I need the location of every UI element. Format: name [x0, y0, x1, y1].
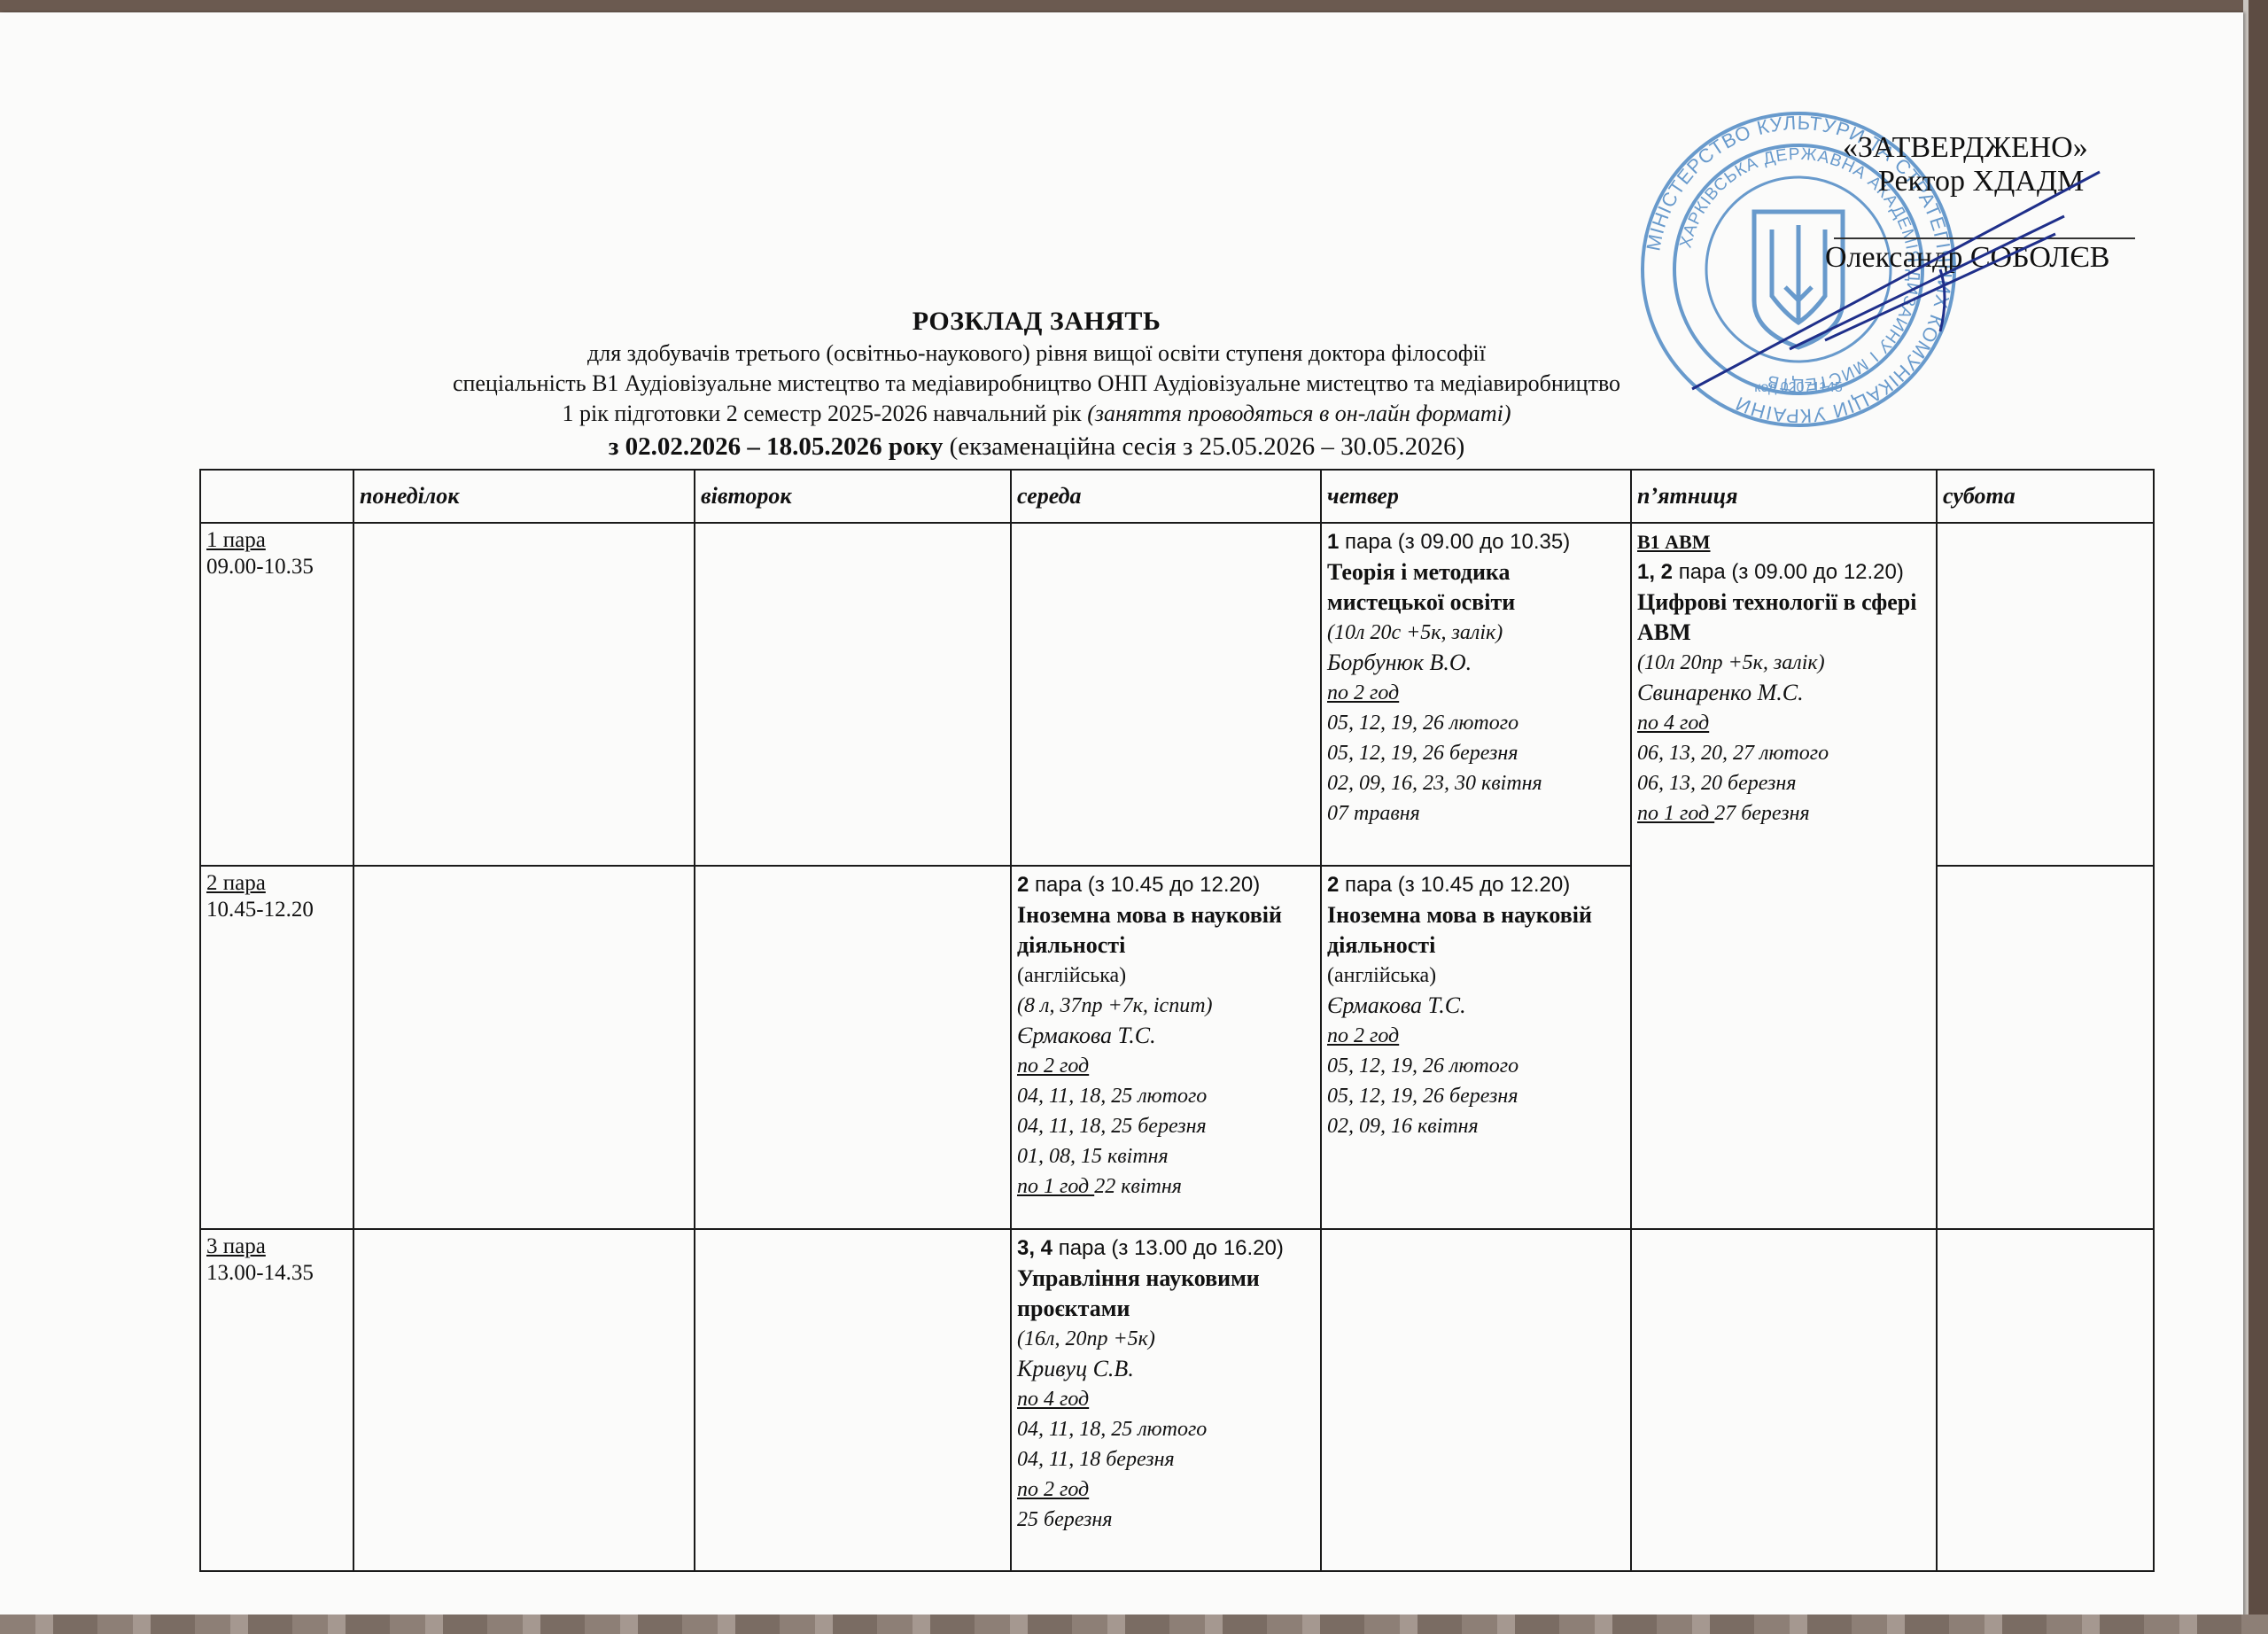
pair-number: 2 [1017, 873, 1029, 897]
heading-specialty: спеціальність В1 Аудіовізуальне мистецтв… [337, 369, 1736, 399]
hours-per-session: по 1 год [1017, 1175, 1094, 1198]
schedule-cell-empty [1937, 866, 2154, 1229]
heading-year-semester: 1 рік підготовки 2 семестр 2025-2026 нав… [337, 399, 1736, 429]
pair-time: 1, 2 пара (з 09.00 до 12.20) [1637, 557, 1930, 587]
day-header: середа [1011, 470, 1321, 523]
day-header: субота [1937, 470, 2154, 523]
hours-per-session: по 2 год [1017, 1474, 1315, 1505]
subject-name: Цифрові технології в сфері АВМ [1637, 587, 1930, 648]
pair-number: 1 [1327, 530, 1339, 554]
date-line: 02, 09, 16 квітня [1327, 1111, 1625, 1141]
date-line: 02, 09, 16, 23, 30 квітня [1327, 768, 1625, 798]
date-line: по 1 год 22 квітня [1017, 1171, 1315, 1202]
class-entry: 3, 4 пара (з 13.00 до 16.20)Управління н… [1011, 1229, 1321, 1571]
table-row: 1 пара 09.00-10.35 1 пара (з 09.00 до 10… [200, 523, 2154, 866]
heading-date-range: з 02.02.2026 – 18.05.2026 року (екзамена… [337, 429, 1736, 464]
pair-time: 3, 4 пара (з 13.00 до 16.20) [1017, 1233, 1315, 1264]
schedule-cell-empty [1937, 523, 2154, 866]
class-entry: 2 пара (з 10.45 до 12.20)Іноземна мова в… [1321, 866, 1631, 1229]
hours-per-session: по 2 год [1017, 1051, 1315, 1081]
schedule-cell-empty [695, 1229, 1011, 1571]
teacher-name: Кривуц С.В. [1017, 1354, 1315, 1384]
subject-name: Іноземна мова в науковій діяльності [1017, 900, 1315, 961]
date-line: по 1 год 27 березня [1637, 798, 1930, 829]
background-surface [2243, 0, 2268, 1634]
language-note: (англійська) [1017, 961, 1315, 991]
signature [1683, 136, 2109, 402]
slot-label: 2 пара 10.45-12.20 [200, 866, 353, 1229]
heading-audience: для здобувачів третього (освітньо-науков… [337, 338, 1736, 369]
schedule-cell-empty [1631, 1229, 1937, 1571]
schedule-cell-empty [353, 866, 695, 1229]
date-line: 01, 08, 15 квітня [1017, 1141, 1315, 1171]
subject-name: Іноземна мова в науковій діяльності [1327, 900, 1625, 961]
hours-breakdown: (10л 20пр +5к, залік) [1637, 648, 1930, 678]
online-format-note: (заняття проводяться в он-лайн форматі) [1087, 401, 1511, 426]
slot-label: 1 пара 09.00-10.35 [200, 523, 353, 866]
pair-number: 3, 4 [1017, 1236, 1052, 1260]
date-line: 04, 11, 18, 25 лютого [1017, 1414, 1315, 1444]
background-surface [0, 1615, 2268, 1634]
date-line: 04, 11, 18, 25 березня [1017, 1111, 1315, 1141]
hours-per-session: по 2 год [1327, 1021, 1625, 1051]
date-line: 04, 11, 18 березня [1017, 1444, 1315, 1474]
date-line: 07 травня [1327, 798, 1625, 829]
schedule-cell-empty [695, 866, 1011, 1229]
schedule-table: понеділок вівторок середа четвер п’ятниц… [199, 469, 2155, 1572]
date-line: 06, 13, 20, 27 лютого [1637, 738, 1930, 768]
teacher-name: Єрмакова Т.С. [1017, 1021, 1315, 1051]
date-line: 06, 13, 20 березня [1637, 768, 1930, 798]
pair-number: 2 [1327, 873, 1339, 897]
subject-name: Управління науковими проєктами [1017, 1264, 1315, 1324]
language-note: (англійська) [1327, 961, 1625, 991]
teacher-name: Свинаренко М.С. [1637, 678, 1930, 708]
schedule-heading: РОЗКЛАД ЗАНЯТЬ для здобувачів третього (… [337, 305, 1736, 464]
schedule-cell-empty [353, 523, 695, 866]
pair-time: 2 пара (з 10.45 до 12.20) [1327, 870, 1625, 900]
table-row: 3 пара 13.00-14.35 3, 4 пара (з 13.00 до… [200, 1229, 2154, 1571]
slot-label: 3 пара 13.00-14.35 [200, 1229, 353, 1571]
date-line: 05, 12, 19, 26 лютого [1327, 1051, 1625, 1081]
schedule-cell-empty [1321, 1229, 1631, 1571]
hours-breakdown: (8 л, 37пр +7к, іспит) [1017, 991, 1315, 1021]
day-header: вівторок [695, 470, 1011, 523]
day-header: понеділок [353, 470, 695, 523]
hours-breakdown: (10л 20с +5к, залік) [1327, 618, 1625, 648]
schedule-cell-empty [1937, 1229, 2154, 1571]
date-line: 05, 12, 19, 26 березня [1327, 1081, 1625, 1111]
class-entry: 2 пара (з 10.45 до 12.20)Іноземна мова в… [1011, 866, 1321, 1229]
hours-per-session: по 4 год [1017, 1384, 1315, 1414]
teacher-name: Борбунюк В.О. [1327, 648, 1625, 678]
pair-time: 2 пара (з 10.45 до 12.20) [1017, 870, 1315, 900]
date-line: 05, 12, 19, 26 лютого [1327, 708, 1625, 738]
schedule-cell-empty [1011, 523, 1321, 866]
teacher-name: Єрмакова Т.С. [1327, 991, 1625, 1021]
schedule-cell-empty [695, 523, 1011, 866]
page-title: РОЗКЛАД ЗАНЯТЬ [337, 305, 1736, 338]
date-line: 25 березня [1017, 1505, 1315, 1535]
date-line: 05, 12, 19, 26 березня [1327, 738, 1625, 768]
header-corner [200, 470, 353, 523]
table-header-row: понеділок вівторок середа четвер п’ятниц… [200, 470, 2154, 523]
class-entry: 1 пара (з 09.00 до 10.35)Теорія і методи… [1321, 523, 1631, 866]
pair-number: 1, 2 [1637, 560, 1673, 584]
hours-breakdown: (16л, 20пр +5к) [1017, 1324, 1315, 1354]
subject-name: Теорія і методика мистецької освіти [1327, 557, 1625, 618]
group-label: В1 АВМ [1637, 527, 1930, 557]
schedule-cell-empty [353, 1229, 695, 1571]
hours-per-session: по 4 год [1637, 708, 1930, 738]
document-page: МІНІСТЕРСТВО КУЛЬТУРИ ТА СТРАТЕГІЧНИХ КО… [0, 12, 2243, 1623]
day-header: п’ятниця [1631, 470, 1937, 523]
hours-per-session: по 1 год [1637, 802, 1714, 825]
class-entry: В1 АВМ1, 2 пара (з 09.00 до 12.20)Цифров… [1631, 523, 1937, 1229]
pair-time: 1 пара (з 09.00 до 10.35) [1327, 527, 1625, 557]
hours-per-session: по 2 год [1327, 678, 1625, 708]
date-line: 04, 11, 18, 25 лютого [1017, 1081, 1315, 1111]
day-header: четвер [1321, 470, 1631, 523]
